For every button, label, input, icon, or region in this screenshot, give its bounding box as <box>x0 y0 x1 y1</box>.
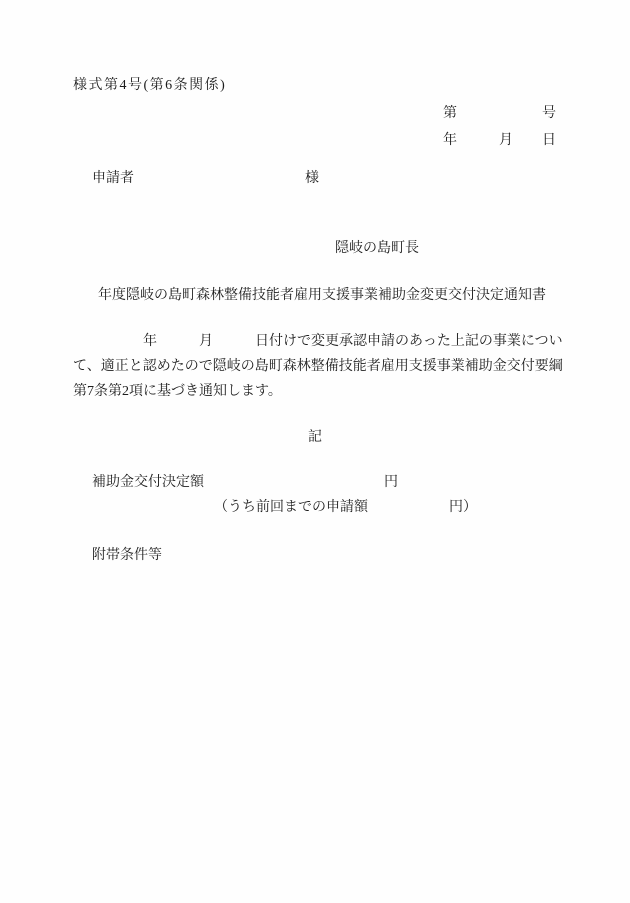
grant-amount-unit: 円 <box>384 475 398 491</box>
body-line-2: て、適正と認めたので隠岐の島町森林整備技能者雇用支援事業補助金交付要綱 <box>73 359 563 375</box>
conditions-label: 附帯条件等 <box>92 548 162 564</box>
date-month-label: 月 <box>499 133 513 149</box>
form-number-label: 様式第4号(第6条関係) <box>73 78 226 94</box>
body-line-3: 第7条第2項に基づき通知します。 <box>73 384 282 400</box>
body-line-1: 年 月 日付けで変更承認申請のあった上記の事業につい <box>73 334 563 350</box>
date-day-label: 日 <box>542 133 556 149</box>
doc-number-prefix: 第 <box>443 106 457 122</box>
sender-title: 隠岐の島町長 <box>335 241 419 257</box>
previous-amount-unit: 円） <box>449 500 477 516</box>
document-title: 年度隠岐の島町森林整備技能者雇用支援事業補助金変更交付決定通知書 <box>98 288 546 304</box>
date-year-label: 年 <box>443 133 457 149</box>
grant-amount-label: 補助金交付決定額 <box>92 475 204 491</box>
document-page: 様式第4号(第6条関係) 第 号 年 月 日 申請者 様 隠岐の島町長 年度隠岐… <box>0 0 630 903</box>
record-marker: 記 <box>308 430 322 446</box>
doc-number-suffix: 号 <box>542 106 556 122</box>
addressee-honorific: 様 <box>305 171 319 187</box>
addressee-label: 申請者 <box>92 171 134 187</box>
previous-amount-label: （うち前回までの申請額 <box>214 500 368 516</box>
